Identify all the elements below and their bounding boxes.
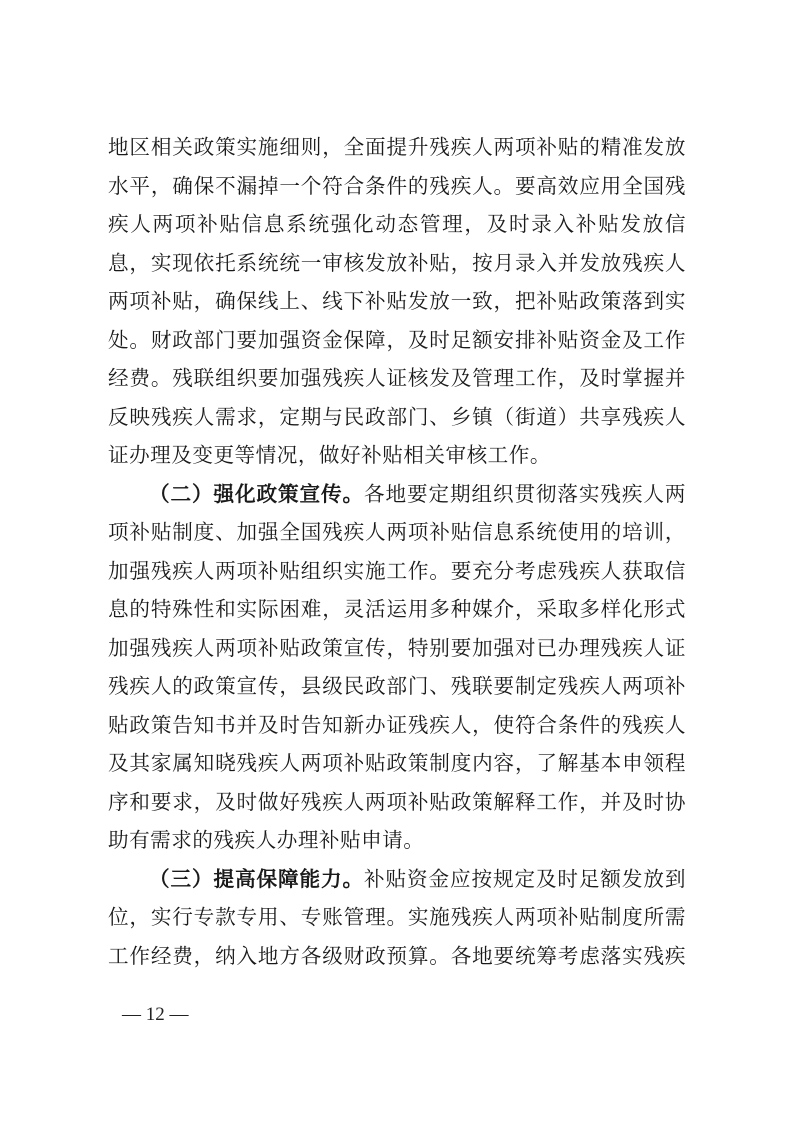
text-line: 水平，确保不漏掉一个符合条件的残疾人。要高效应用全国残	[108, 167, 686, 206]
text-line: 工作经费，纳入地方各级财政预算。各地要统筹考虑落实残疾	[108, 937, 686, 976]
text-fragment: 各地要定期组织贯彻落实残疾人两	[364, 482, 686, 506]
text-line: 两项补贴，确保线上、线下补贴发放一致，把补贴政策落到实	[108, 282, 686, 321]
text-line: 经费。残联组织要加强残疾人证核发及管理工作，及时掌握并	[108, 359, 686, 398]
text-line: 加强残疾人两项补贴政策宣传，特别要加强对已办理残疾人证	[108, 629, 686, 668]
text-line: 地区相关政策实施细则，全面提升残疾人两项补贴的精准发放	[108, 128, 686, 167]
text-line: 息，实现依托系统统一审核发放补贴，按月录入并发放残疾人	[108, 244, 686, 283]
text-line: 助有需求的残疾人办理补贴申请。	[108, 821, 686, 860]
text-line: 反映残疾人需求，定期与民政部门、乡镇（街道）共享残疾人	[108, 398, 686, 437]
text-line: 位，实行专款专用、专账管理。实施残疾人两项补贴制度所需	[108, 898, 686, 937]
page-number: — 12 —	[122, 1004, 189, 1026]
text-line: 疾人两项补贴信息系统强化动态管理，及时录入补贴发放信	[108, 205, 686, 244]
paragraph-guarantee-capacity: （三）提高保障能力。补贴资金应按规定及时足额发放到 位，实行专款专用、专账管理。…	[108, 860, 686, 976]
text-line: 项补贴制度、加强全国残疾人两项补贴信息系统使用的培训，	[108, 513, 686, 552]
text-line: 证办理及变更等情况，做好补贴相关审核工作。	[108, 436, 686, 475]
text-line: 息的特殊性和实际困难，灵活运用多种媒介，采取多样化形式	[108, 590, 686, 629]
text-line: 处。财政部门要加强资金保障，及时足额安排补贴资金及工作	[108, 321, 686, 360]
document-body: 地区相关政策实施细则，全面提升残疾人两项补贴的精准发放 水平，确保不漏掉一个符合…	[108, 128, 686, 975]
text-fragment: 补贴资金应按规定及时足额发放到	[364, 867, 686, 891]
paragraph-policy-publicity: （二）强化政策宣传。各地要定期组织贯彻落实残疾人两 项补贴制度、加强全国残疾人两…	[108, 475, 686, 860]
text-line: 贴政策告知书并及时告知新办证残疾人，使符合条件的残疾人	[108, 706, 686, 745]
section-heading: （三）提高保障能力。	[149, 867, 364, 891]
paragraph-continued: 地区相关政策实施细则，全面提升残疾人两项补贴的精准发放 水平，确保不漏掉一个符合…	[108, 128, 686, 475]
text-line: 及其家属知晓残疾人两项补贴政策制度内容，了解基本申领程	[108, 744, 686, 783]
section-heading: （二）强化政策宣传。	[149, 482, 364, 506]
text-line: （三）提高保障能力。补贴资金应按规定及时足额发放到	[108, 860, 686, 899]
text-line: 加强残疾人两项补贴组织实施工作。要充分考虑残疾人获取信	[108, 552, 686, 591]
text-line: 序和要求，及时做好残疾人两项补贴政策解释工作，并及时协	[108, 783, 686, 822]
document-page: 地区相关政策实施细则，全面提升残疾人两项补贴的精准发放 水平，确保不漏掉一个符合…	[0, 0, 793, 1122]
text-line: （二）强化政策宣传。各地要定期组织贯彻落实残疾人两	[108, 475, 686, 514]
text-line: 残疾人的政策宣传，县级民政部门、残联要制定残疾人两项补	[108, 667, 686, 706]
